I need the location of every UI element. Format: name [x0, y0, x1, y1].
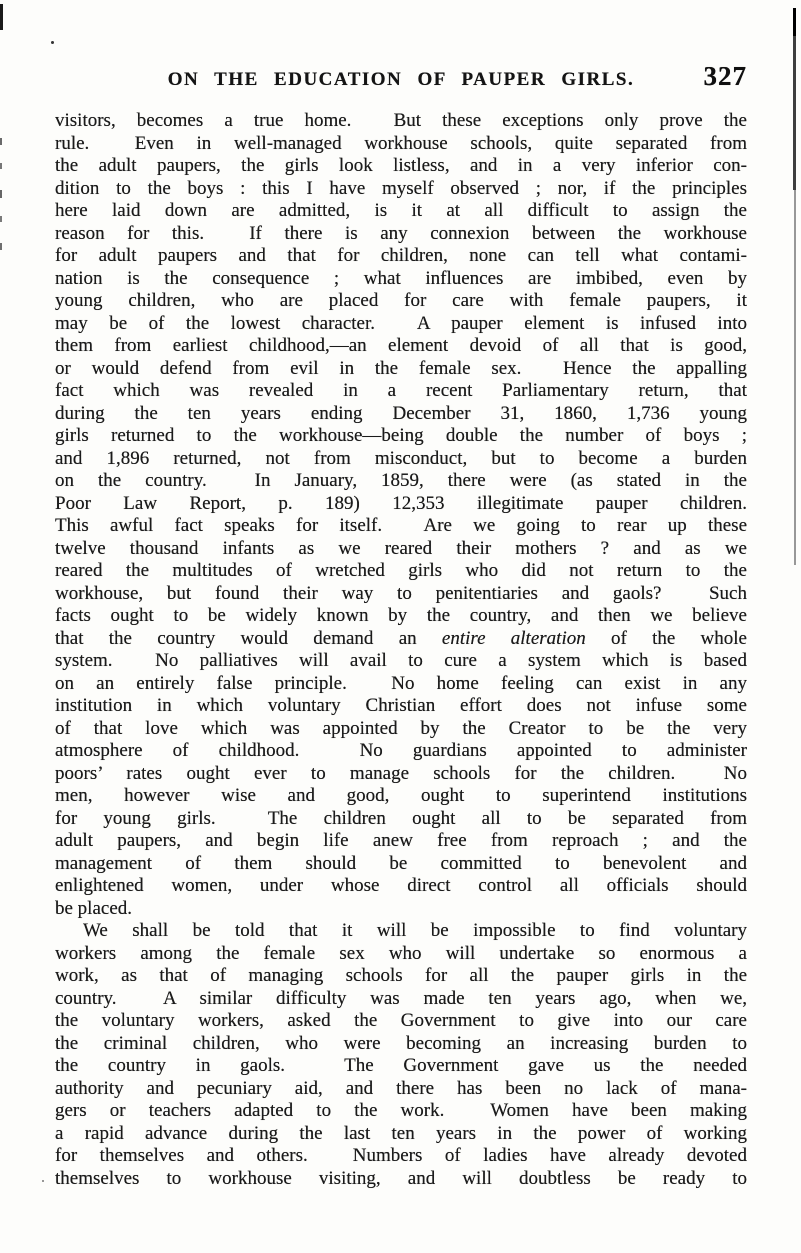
scan-artifact-dot	[42, 1180, 44, 1182]
scan-artifact-left-dash	[0, 4, 3, 30]
text-line: enlightened women, under whose direct co…	[55, 875, 747, 898]
text-line: reared the multitudes of wretched girls …	[55, 560, 747, 583]
text-line: facts ought to be widely known by the co…	[55, 605, 747, 628]
text-line: fact which was revealed in a recent Parl…	[55, 380, 747, 403]
text-line: adult paupers, and begin life anew free …	[55, 830, 747, 853]
text-line: dition to the boys : this I have myself …	[55, 178, 747, 201]
text-line: work, as that of managing schools for al…	[55, 965, 747, 988]
text-line: system. No palliatives will avail to cur…	[55, 650, 747, 673]
scan-artifact-left-speck	[0, 190, 2, 198]
text-line: nation is the consequence ; what influen…	[55, 268, 747, 291]
text-line: the country in gaols. The Government gav…	[55, 1055, 747, 1078]
text-line: workers among the female sex who will un…	[55, 943, 747, 966]
text-line: men, however wise and good, ought to sup…	[55, 785, 747, 808]
text-line: atmosphere of childhood. No guardians ap…	[55, 740, 747, 763]
text-line: for young girls. The children ought all …	[55, 808, 747, 831]
page-header: ON THE EDUCATION OF PAUPER GIRLS. 327	[55, 66, 747, 100]
text-line: visitors, becomes a true home. But these…	[55, 110, 747, 133]
scan-artifact-left-speck	[0, 216, 2, 222]
scan-artifact-left-speck	[0, 138, 2, 145]
scan-artifact-right-line-top	[793, 8, 796, 36]
text-line: themselves to workhouse visiting, and wi…	[55, 1168, 747, 1191]
text-line: reason for this. If there is any connexi…	[55, 223, 747, 246]
text-line: on the country. In January, 1859, there …	[55, 470, 747, 493]
text-line: here laid down are admitted, is it at al…	[55, 200, 747, 223]
text-line: and 1,896 returned, not from misconduct,…	[55, 448, 747, 471]
text-line: country. A similar difficulty was made t…	[55, 988, 747, 1011]
text-line: We shall be told that it will be impossi…	[55, 920, 747, 943]
text-line: for themselves and others. Numbers of la…	[55, 1145, 747, 1168]
text-line: the voluntary workers, asked the Governm…	[55, 1010, 747, 1033]
text-line: young children, who are placed for care …	[55, 290, 747, 313]
text-line: of that love which was appointed by the …	[55, 718, 747, 741]
running-title: ON THE EDUCATION OF PAUPER GIRLS.	[55, 69, 747, 91]
text-line: the adult paupers, the girls look listle…	[55, 155, 747, 178]
text-segment: of the whole	[586, 628, 747, 649]
scan-artifact-right-line-low	[794, 190, 796, 565]
text-line: be placed.	[55, 898, 747, 921]
text-line: workhouse, but found their way to penite…	[55, 583, 747, 606]
text-line: the criminal children, who were becoming…	[55, 1033, 747, 1056]
italic-text: entire alteration	[442, 628, 586, 649]
scan-artifact-right-line-mid	[793, 36, 796, 190]
text-line: girls returned to the workhouse—being do…	[55, 425, 747, 448]
text-line: authority and pecuniary aid, and there h…	[55, 1078, 747, 1101]
text-line: on an entirely false principle. No home …	[55, 673, 747, 696]
page-text: visitors, becomes a true home. But these…	[55, 110, 747, 1190]
scan-artifact-dot	[51, 41, 54, 44]
page-number: 327	[704, 61, 748, 92]
text-line: may be of the lowest character. A pauper…	[55, 313, 747, 336]
text-line: poors’ rates ought ever to manage school…	[55, 763, 747, 786]
text-line: institution in which voluntary Christian…	[55, 695, 747, 718]
text-line: or would defend from evil in the female …	[55, 358, 747, 381]
scan-artifact-left-speck	[0, 243, 2, 250]
text-line: Poor Law Report, p. 189) 12,353 illegiti…	[55, 493, 747, 516]
text-line: This awful fact speaks for itself. Are w…	[55, 515, 747, 538]
text-line: them from earliest childhood,—an element…	[55, 335, 747, 358]
text-line: during the ten years ending December 31,…	[55, 403, 747, 426]
text-line: that the country would demand an entire …	[55, 628, 747, 651]
text-line: a rapid advance during the last ten year…	[55, 1123, 747, 1146]
text-line: for adult paupers and that for children,…	[55, 245, 747, 268]
text-line: management of them should be committed t…	[55, 853, 747, 876]
scan-artifact-left-speck	[0, 163, 2, 169]
text-segment: that the country would demand an	[55, 628, 442, 649]
text-line: twelve thousand infants as we reared the…	[55, 538, 747, 561]
text-line: rule. Even in well-managed workhouse sch…	[55, 133, 747, 156]
text-line: gers or teachers adapted to the work. Wo…	[55, 1100, 747, 1123]
